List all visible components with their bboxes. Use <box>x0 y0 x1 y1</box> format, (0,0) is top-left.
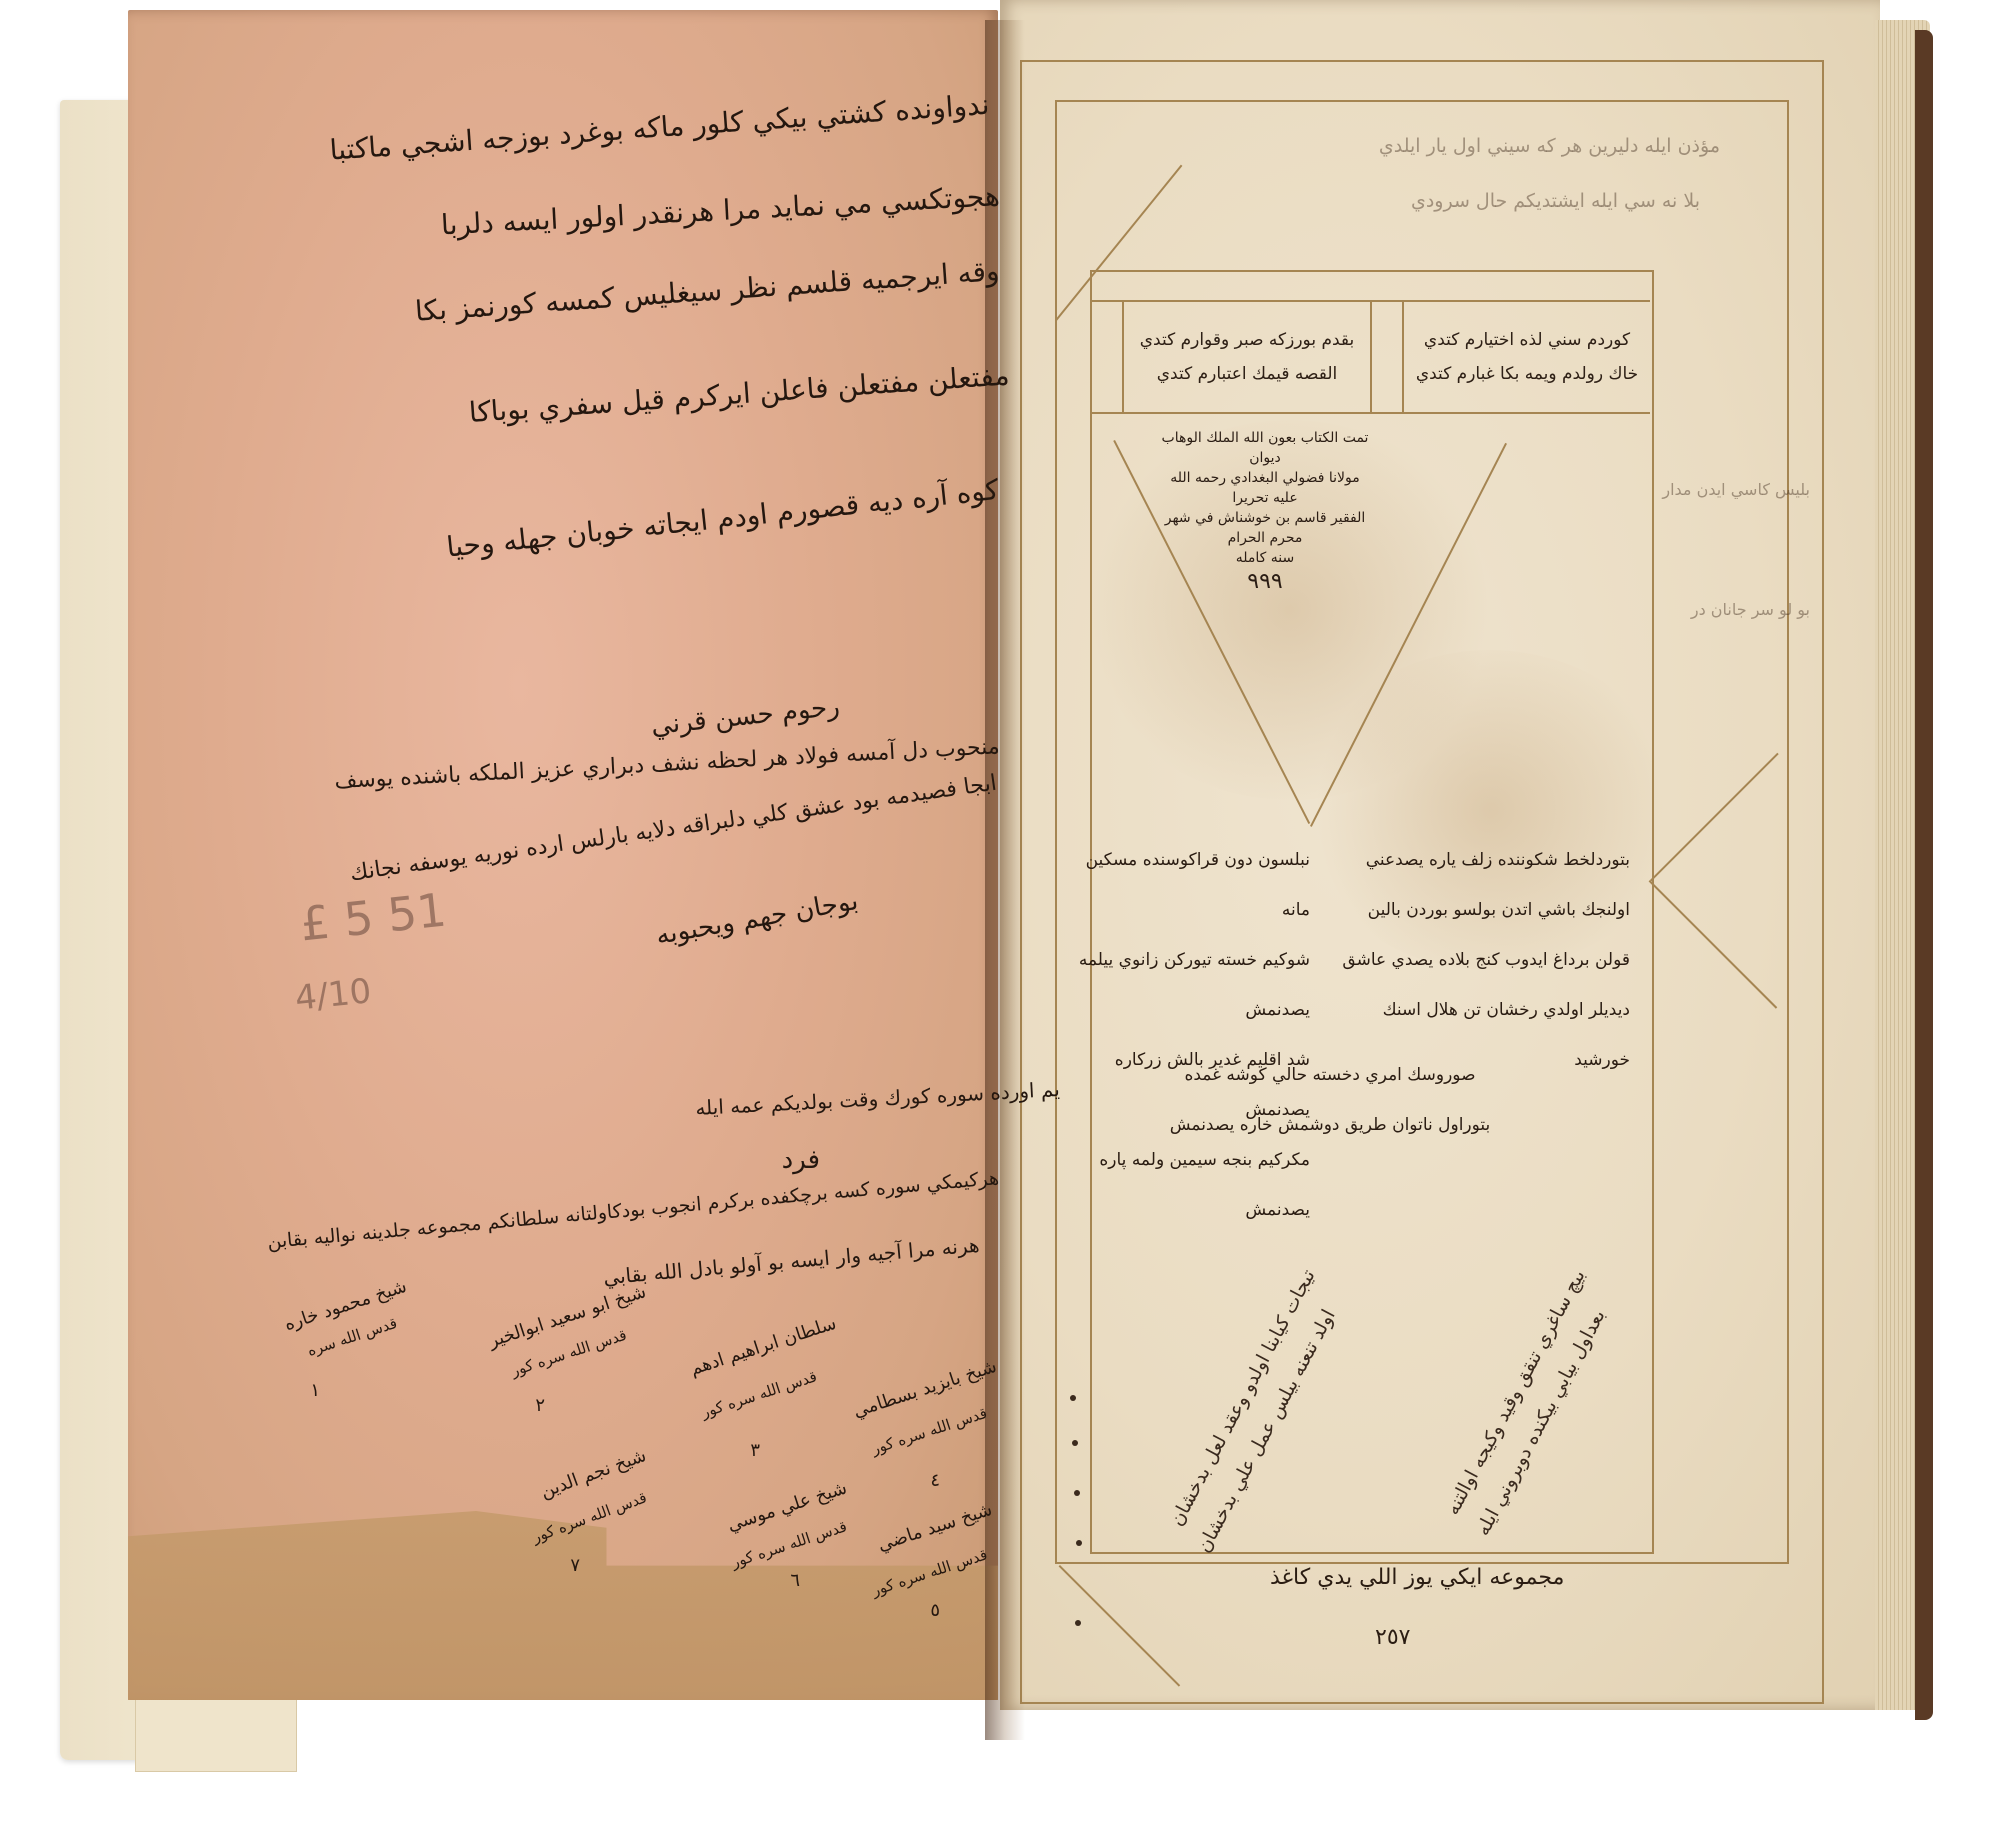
signature-number: ٦ <box>780 1570 800 1591</box>
lower-heading: فرد <box>760 1145 820 1175</box>
faint-margin-line: مؤذن ايله دليرين هر كه سيني اول يار ايلد… <box>1070 135 1720 157</box>
stitch-hole <box>1070 1395 1076 1401</box>
colophon-date: ٩٩٩ <box>1160 572 1370 592</box>
signature-number: ٣ <box>740 1440 760 1461</box>
table-spacer <box>1370 302 1402 412</box>
verse-line: اولنجك باشي اتدن بولسو بوردن بالين <box>1330 885 1630 935</box>
stitch-hole <box>1072 1440 1078 1446</box>
footer-title: مجموعه ايكي يوز اللي يدي كاغذ <box>1270 1565 1564 1590</box>
table-cell-left: بقدم بورزكه صبر وقوارم كتدي القصه قيمك ا… <box>1122 302 1370 412</box>
colophon-line: الفقير قاسم بن خوشناش في شهر محرم الحرام <box>1160 508 1370 548</box>
signature-number: ٥ <box>920 1600 940 1621</box>
pencil-annotation: 4/10 <box>293 971 373 1019</box>
verse-line: القصه قيمك اعتبارم كتدي <box>1157 364 1337 384</box>
header-verse-table: بقدم بورزكه صبر وقوارم كتدي القصه قيمك ا… <box>1090 300 1650 414</box>
verse-line: بتوراول ناتوان طريق دوشمش خاره يصدنمش <box>1150 1100 1510 1150</box>
faint-margin-line: بليس كاسي ايدن مدار <box>1660 480 1810 499</box>
verse-column-right: بتوردلخط شكوننده زلف ياره يصدعني اولنجك … <box>1330 835 1630 1085</box>
verse-centered: صوروسك امري دخسته حالي كوشه غمده بتوراول… <box>1150 1050 1510 1150</box>
verse-line: شوكيم خسته تيوركن زانوي ييلمه يصدنمش <box>1060 935 1310 1035</box>
colophon: تمت الكتاب بعون الله الملك الوهاب ديوان … <box>1160 428 1370 592</box>
stitch-hole <box>1076 1540 1082 1546</box>
faint-margin-line: بلا نه سي ايله ايشتديكم حال سرودي <box>1180 190 1700 212</box>
table-cell-right: كوردم سني لذه اختيارم كتدي خاك رولدم ويم… <box>1402 302 1650 412</box>
verse-line: قولن برداغ ايدوب كنج بلاده يصدي عاشق <box>1330 935 1630 985</box>
signature-number: ٧ <box>560 1555 580 1576</box>
verse-line: نبلسون دون قراكوسنده مسكين مانه <box>1060 835 1310 935</box>
colophon-line: سنه كامله <box>1160 548 1370 568</box>
verse-line: صوروسك امري دخسته حالي كوشه غمده <box>1150 1050 1510 1100</box>
verse-line: مكركيم بنجه سيمين ولمه پاره يصدنمش <box>1060 1135 1310 1235</box>
folio-number: ٢٥٧ <box>1375 1625 1410 1650</box>
leather-cover-edge <box>1915 30 1933 1720</box>
signature-number: ١ <box>300 1380 320 1401</box>
faint-margin-line: بو لو سر جانان در <box>1660 600 1810 619</box>
colophon-line: تمت الكتاب بعون الله الملك الوهاب ديوان <box>1160 428 1370 468</box>
stitch-hole <box>1075 1620 1081 1626</box>
signature-number: ٤ <box>920 1470 940 1491</box>
verse-line: خاك رولدم ويمه بكا غبارم كتدي <box>1416 364 1638 384</box>
verse-line: بقدم بورزكه صبر وقوارم كتدي <box>1140 330 1355 350</box>
verse-column-left: نبلسون دون قراكوسنده مسكين مانه شوكيم خس… <box>1060 835 1310 1235</box>
signature-number: ٢ <box>525 1395 545 1416</box>
verse-line: كوردم سني لذه اختيارم كتدي <box>1424 330 1630 350</box>
stitch-hole <box>1074 1490 1080 1496</box>
verse-line: بتوردلخط شكوننده زلف ياره يصدعني <box>1330 835 1630 885</box>
table-spacer <box>1090 302 1122 412</box>
colophon-line: مولانا فضولي البغدادي رحمه الله عليه تحر… <box>1160 468 1370 508</box>
